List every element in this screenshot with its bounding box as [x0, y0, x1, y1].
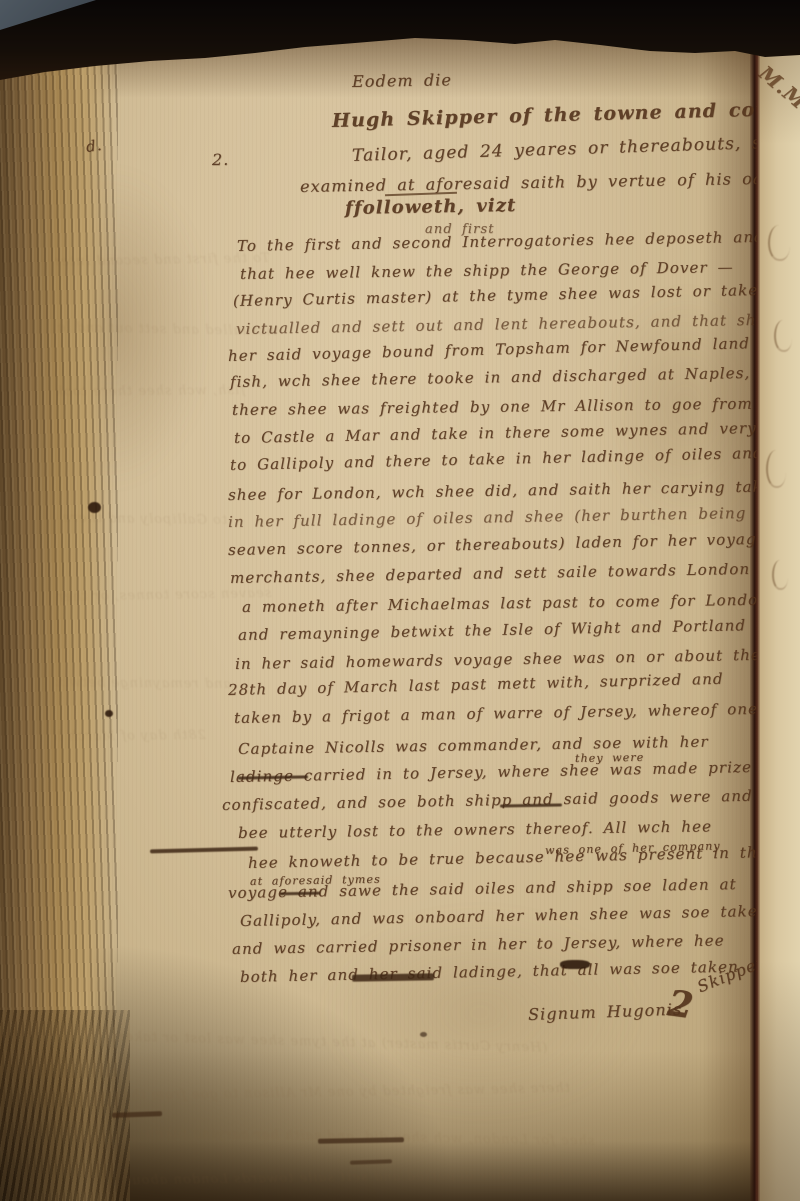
strikethrough-mark — [112, 1111, 162, 1118]
ink-blot — [560, 960, 590, 969]
manuscript-line: seaven score tonnes, or thereabouts) lad… — [228, 529, 757, 559]
bleedthrough-text: 28th day of March last past mett with, s… — [55, 728, 206, 747]
manuscript-line: in her said homewards voyage shee was on… — [235, 646, 757, 673]
ink-blot — [420, 1032, 427, 1037]
manuscript-line: in her full ladinge of oiles and shee (h… — [228, 504, 747, 531]
bleedthrough-text: to Gallipoly and there to take in her la… — [55, 507, 227, 528]
bleedthrough-text: (Henry Curtis master) at the tyme shee w… — [115, 1029, 548, 1055]
manuscript-line: both her and her said ladinge, that all … — [240, 958, 739, 986]
signature-mark: 2 — [665, 982, 696, 1027]
interlinear-insertion: at aforesaid tymes — [250, 873, 381, 888]
ink-blot — [105, 710, 113, 717]
heading-line4: ffolloweth, vizt — [345, 195, 517, 219]
bleedthrough-text: there shee was freighted by one Mr Allis… — [95, 1081, 570, 1104]
manuscript-line: taken by a frigot a man of warre of Jers… — [234, 700, 757, 727]
handwriting-layer: To the first and second Interrogatories … — [55, 30, 757, 1201]
bleedthrough-text: fish, wch shee there tooke in and discha… — [55, 383, 245, 402]
writing-fragment-curl — [766, 450, 786, 488]
heading-line3: examined at aforesaid saith by vertue of… — [300, 168, 757, 196]
margin-mark-number: 2. — [212, 150, 229, 169]
manuscript-line: bee utterly lost to the owners thereof. … — [238, 817, 712, 842]
manuscript-line: victualled and sett out and lent hereabo… — [236, 310, 757, 338]
writing-fragment-curl — [774, 320, 792, 352]
writing-fragment-curl — [768, 225, 790, 261]
manuscript-line: ladinge carried in to Jersey, where shee… — [230, 757, 757, 786]
strikethrough-mark — [150, 847, 258, 854]
bleedthrough-text: merchants, shee departed and sett saile … — [125, 1167, 602, 1189]
margin-mark-deponent: d. — [85, 136, 104, 156]
manuscript-line: to Castle a Mar and take in there some w… — [234, 418, 757, 447]
manuscript-line: that hee well knew the shipp the George … — [240, 258, 734, 283]
manuscript-line: merchants, shee departed and sett saile … — [230, 559, 757, 587]
manuscript-line: fish, wch shee there tooke in and discha… — [230, 363, 757, 391]
next-page-shading — [758, 0, 800, 1201]
manuscript-line: (Henry Curtis master) at the tyme shee w… — [233, 281, 757, 310]
writing-fragment-curl — [772, 560, 788, 590]
manuscript-line: her said voyage bound from Topsham for N… — [228, 332, 757, 365]
ink-blot — [88, 502, 101, 513]
strikethrough-mark — [352, 973, 434, 981]
manuscript-line: a moneth after Michaelmas last past to c… — [242, 591, 757, 616]
heading-line2: Tailor, aged 24 yeares or thereabouts, s… — [352, 130, 757, 166]
bleedthrough-text: and remayninge betwixt the Isle of Wight… — [55, 673, 231, 692]
manuscript-line: 28th day of March last past mett with, s… — [228, 670, 724, 699]
heading-latin: Eodem die — [352, 70, 452, 91]
manuscript-line: to Gallipoly and there to take in her la… — [230, 444, 757, 474]
manuscript-line: Gallipoly, and was onboard her when shee… — [240, 902, 757, 930]
manuscript-line: and remayninge betwixt the Isle of Wight… — [238, 616, 757, 644]
manuscript-photo: M.M To the first and second Interrogator… — [0, 0, 800, 1201]
manuscript-line: there shee was freighted by one Mr Allis… — [232, 394, 757, 419]
signature-prefix: Signum Hugonis — [528, 1000, 683, 1024]
manuscript-line: To the first and second Interrogatories … — [237, 227, 757, 255]
manuscript-line: confiscated, and soe both shipp and said… — [222, 787, 753, 814]
strikethrough-mark — [350, 1159, 392, 1164]
manuscript-line: shee for London, wch shee did, and saith… — [228, 477, 757, 504]
manuscript-line: and was carried prisoner in her to Jerse… — [232, 931, 725, 958]
heading-line1: Hugh Skipper of the towne and county of … — [332, 92, 757, 132]
bleedthrough-text: seaven score tonnes, or thereabouts) lad… — [55, 586, 272, 609]
interlinear-insertion: they were — [575, 751, 645, 765]
next-page-edge: M.M — [758, 0, 800, 1201]
